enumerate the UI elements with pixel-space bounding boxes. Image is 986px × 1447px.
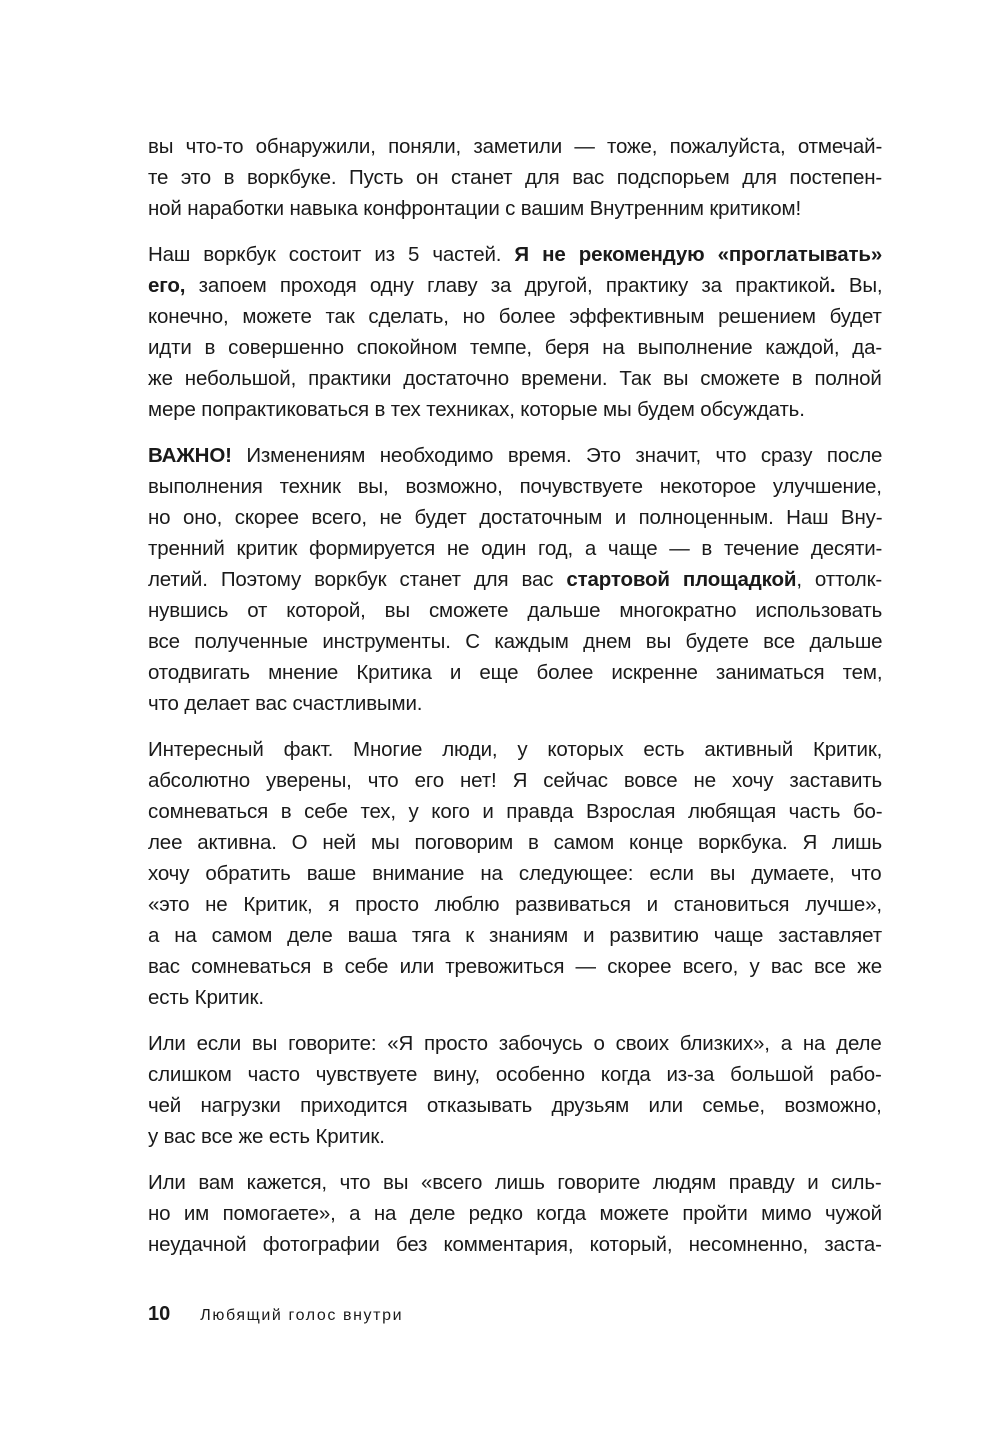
text-run: выполнения техник вы, возможно, почувств… bbox=[148, 475, 882, 498]
text-line: Наш воркбук состоит из 5 частей. Я не ре… bbox=[148, 239, 882, 270]
text-line: вас сомневаться в себе или тревожиться —… bbox=[148, 951, 882, 982]
text-line: ВАЖНО! Изменениям необходимо время. Это … bbox=[148, 440, 882, 471]
text-run: есть Критик. bbox=[148, 986, 264, 1009]
text-run: Или если вы говорите: «Я просто забочусь… bbox=[148, 1032, 882, 1055]
text-run: Вы, bbox=[835, 274, 882, 297]
text-run: «это не Критик, я просто люблю развивать… bbox=[148, 893, 882, 916]
text-run: хочу обратить ваше внимание на следующее… bbox=[148, 862, 882, 885]
text-run: слишком часто чувствуете вину, особенно … bbox=[148, 1063, 882, 1086]
text-line: вы что-то обнаружили, поняли, заметили —… bbox=[148, 131, 882, 162]
text-line: нувшись от которой, вы сможете дальше мн… bbox=[148, 595, 882, 626]
text-line: летий. Поэтому воркбук станет для вас ст… bbox=[148, 564, 882, 595]
text-run: все полученные инструменты. С каждым дне… bbox=[148, 630, 882, 653]
running-title: Любящий голос внутри bbox=[200, 1307, 403, 1325]
paragraph: Наш воркбук состоит из 5 частей. Я не ре… bbox=[148, 239, 882, 425]
text-line: но оно, скорее всего, не будет достаточн… bbox=[148, 502, 882, 533]
text-line: его, запоем проходя одну главу за другой… bbox=[148, 270, 882, 301]
text-line: чей нагрузки приходится отказывать друзь… bbox=[148, 1090, 882, 1121]
text-run: но оно, скорее всего, не будет достаточн… bbox=[148, 506, 882, 529]
text-line: неудачной фотографии без комментария, ко… bbox=[148, 1229, 882, 1260]
page-number: 10 bbox=[148, 1303, 170, 1326]
text-run: Интересный факт. Многие люди, у которых … bbox=[148, 738, 882, 761]
text-run: летий. Поэтому воркбук станет для вас bbox=[148, 568, 566, 591]
paragraph: Или вам кажется, что вы «всего лишь гово… bbox=[148, 1167, 882, 1260]
text-line: абсолютно уверены, что его нет! Я сейчас… bbox=[148, 765, 882, 796]
text-line: Интересный факт. Многие люди, у которых … bbox=[148, 734, 882, 765]
text-run: тренний критик формируется не один год, … bbox=[148, 537, 882, 560]
text-line: «это не Критик, я просто люблю развивать… bbox=[148, 889, 882, 920]
paragraph: вы что-то обнаружили, поняли, заметили —… bbox=[148, 131, 882, 224]
text-run: те это в воркбуке. Пусть он станет для в… bbox=[148, 166, 882, 189]
text-run: вы что-то обнаружили, поняли, заметили —… bbox=[148, 135, 882, 158]
text-line: есть Критик. bbox=[148, 982, 882, 1013]
text-run: что делает вас счастливыми. bbox=[148, 692, 422, 715]
text-run: сомневаться в себе тех, у кого и правда … bbox=[148, 800, 882, 823]
text-run: мере попрактиковаться в тех техниках, ко… bbox=[148, 398, 805, 421]
text-run: у вас все же есть Критик. bbox=[148, 1125, 385, 1148]
text-run: абсолютно уверены, что его нет! Я сейчас… bbox=[148, 769, 882, 792]
text-line: а на самом деле ваша тяга к знаниям и ра… bbox=[148, 920, 882, 951]
text-run: Или вам кажется, что вы «всего лишь гово… bbox=[148, 1171, 882, 1194]
text-line: конечно, можете так сделать, но более эф… bbox=[148, 301, 882, 332]
bold-text: его, bbox=[148, 274, 185, 297]
text-run: ной наработки навыка конфронтации с ваши… bbox=[148, 197, 801, 220]
page-body: вы что-то обнаружили, поняли, заметили —… bbox=[148, 131, 882, 1275]
text-run: неудачной фотографии без комментария, ко… bbox=[148, 1233, 882, 1256]
text-line: у вас все же есть Критик. bbox=[148, 1121, 882, 1152]
bold-text: ВАЖНО! bbox=[148, 444, 232, 467]
text-run: вас сомневаться в себе или тревожиться —… bbox=[148, 955, 882, 978]
text-run: , оттолк- bbox=[796, 568, 882, 591]
text-run: конечно, можете так сделать, но более эф… bbox=[148, 305, 882, 328]
text-line: все полученные инструменты. С каждым дне… bbox=[148, 626, 882, 657]
page-footer: 10 Любящий голос внутри bbox=[148, 1303, 403, 1333]
text-run: идти в совершенно спокойном темпе, беря … bbox=[148, 336, 882, 359]
paragraph: Интересный факт. Многие люди, у которых … bbox=[148, 734, 882, 1013]
text-line: Или если вы говорите: «Я просто забочусь… bbox=[148, 1028, 882, 1059]
text-line: же небольшой, практики достаточно времен… bbox=[148, 363, 882, 394]
text-line: ной наработки навыка конфронтации с ваши… bbox=[148, 193, 882, 224]
text-run: лее активна. О ней мы поговорим в самом … bbox=[148, 831, 882, 854]
text-line: тренний критик формируется не один год, … bbox=[148, 533, 882, 564]
bold-text: стартовой площадкой bbox=[566, 568, 796, 591]
text-run: запоем проходя одну главу за другой, пра… bbox=[185, 274, 830, 297]
text-line: отодвигать мнение Критика и еще более ис… bbox=[148, 657, 882, 688]
text-run: нувшись от которой, вы сможете дальше мн… bbox=[148, 599, 882, 622]
text-line: те это в воркбуке. Пусть он станет для в… bbox=[148, 162, 882, 193]
text-run: чей нагрузки приходится отказывать друзь… bbox=[148, 1094, 882, 1117]
text-line: слишком часто чувствуете вину, особенно … bbox=[148, 1059, 882, 1090]
text-run: но им помогаете», а на деле редко когда … bbox=[148, 1202, 882, 1225]
text-line: но им помогаете», а на деле редко когда … bbox=[148, 1198, 882, 1229]
text-line: что делает вас счастливыми. bbox=[148, 688, 882, 719]
text-run: же небольшой, практики достаточно времен… bbox=[148, 367, 882, 390]
paragraph: Или если вы говорите: «Я просто забочусь… bbox=[148, 1028, 882, 1152]
bold-text: Я не рекомендую «проглатывать» bbox=[514, 243, 882, 266]
text-line: лее активна. О ней мы поговорим в самом … bbox=[148, 827, 882, 858]
text-run: а на самом деле ваша тяга к знаниям и ра… bbox=[148, 924, 882, 947]
text-run: Наш воркбук состоит из 5 частей. bbox=[148, 243, 514, 266]
text-line: мере попрактиковаться в тех техниках, ко… bbox=[148, 394, 882, 425]
text-line: хочу обратить ваше внимание на следующее… bbox=[148, 858, 882, 889]
text-run: Изменениям необходимо время. Это значит,… bbox=[232, 444, 882, 467]
paragraph: ВАЖНО! Изменениям необходимо время. Это … bbox=[148, 440, 882, 719]
text-line: выполнения техник вы, возможно, почувств… bbox=[148, 471, 882, 502]
text-line: сомневаться в себе тех, у кого и правда … bbox=[148, 796, 882, 827]
text-line: идти в совершенно спокойном темпе, беря … bbox=[148, 332, 882, 363]
text-run: отодвигать мнение Критика и еще более ис… bbox=[148, 661, 882, 684]
text-line: Или вам кажется, что вы «всего лишь гово… bbox=[148, 1167, 882, 1198]
